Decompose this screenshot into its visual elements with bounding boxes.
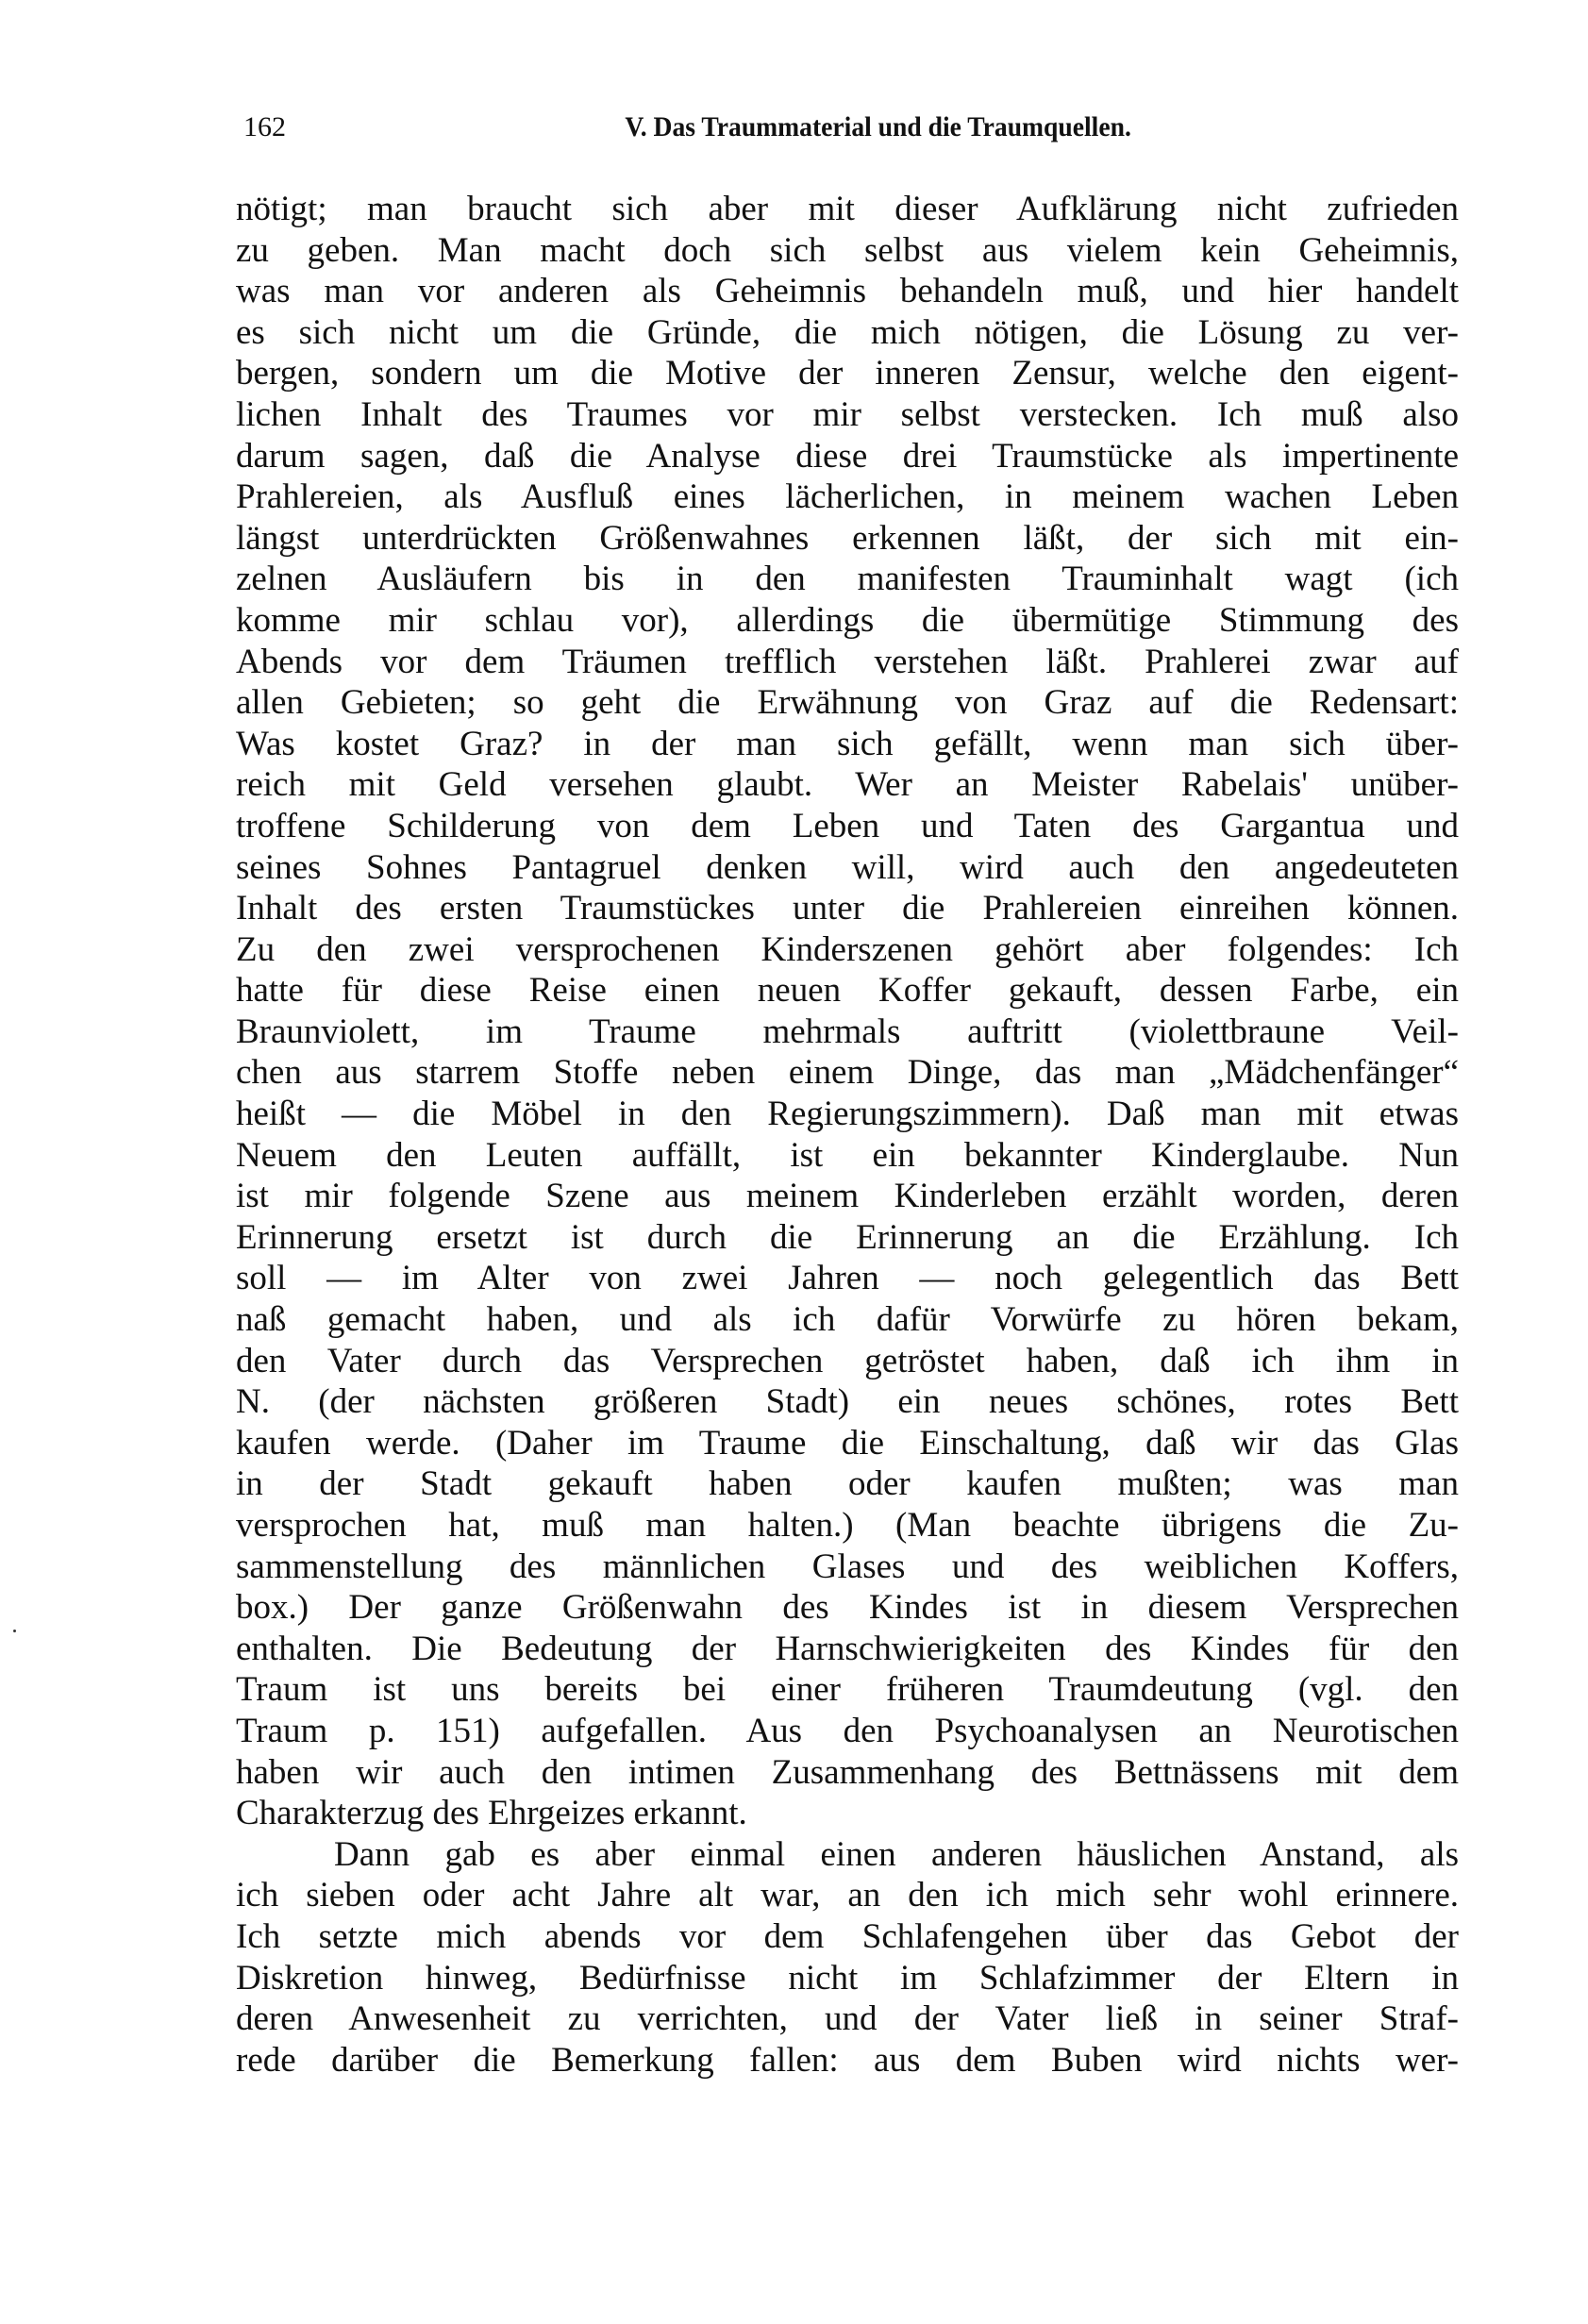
text-line: Prahlereien, als Ausfluß eines lächerlic… bbox=[236, 477, 1459, 518]
text-line: chen aus starrem Stoffe neben einem Ding… bbox=[236, 1052, 1459, 1094]
text-line: Ich setzte mich abends vor dem Schlafeng… bbox=[236, 1916, 1459, 1958]
text-line: kaufen werde. (Daher im Traume die Einsc… bbox=[236, 1423, 1459, 1464]
text-line: seines Sohnes Pantagruel denken will, wi… bbox=[236, 847, 1459, 889]
paragraph-start-line: Dann gab es aber einmal einen anderen hä… bbox=[236, 1834, 1459, 1876]
text-line: deren Anwesenheit zu verrichten, und der… bbox=[236, 1998, 1459, 2040]
text-line: zelnen Ausläufern bis in den manifesten … bbox=[236, 559, 1459, 600]
text-line: den Vater durch das Versprechen getröste… bbox=[236, 1341, 1459, 1382]
text-line: heißt — die Möbel in den Regierungszimme… bbox=[236, 1094, 1459, 1135]
text-line: troffene Schilderung von dem Leben und T… bbox=[236, 806, 1459, 847]
text-line: sammenstellung des männlichen Glases und… bbox=[236, 1547, 1459, 1588]
text-line: ich sieben oder acht Jahre alt war, an d… bbox=[236, 1875, 1459, 1916]
text-line: rede darüber die Bemerkung fallen: aus d… bbox=[236, 2040, 1459, 2082]
text-line: lichen Inhalt des Traumes vor mir selbst… bbox=[236, 394, 1459, 436]
text-line: es sich nicht um die Gründe, die mich nö… bbox=[236, 312, 1459, 354]
text-line: Traum p. 151) aufgefallen. Aus den Psych… bbox=[236, 1711, 1459, 1752]
page-number: 162 bbox=[243, 111, 286, 143]
text-line: darum sagen, daß die Analyse diese drei … bbox=[236, 436, 1459, 477]
text-line: ist mir folgende Szene aus meinem Kinder… bbox=[236, 1176, 1459, 1217]
text-line: längst unterdrückten Größenwahnes erkenn… bbox=[236, 518, 1459, 560]
text-line: reich mit Geld versehen glaubt. Wer an M… bbox=[236, 764, 1459, 806]
scan-speck bbox=[13, 1630, 16, 1632]
text-line: zu geben. Man macht doch sich selbst aus… bbox=[236, 230, 1459, 272]
body-text: nötigt; man braucht sich aber mit dieser… bbox=[236, 189, 1459, 2081]
text-line: Abends vor dem Träumen trefflich versteh… bbox=[236, 642, 1459, 683]
text-line: Inhalt des ersten Traumstückes unter die… bbox=[236, 888, 1459, 929]
text-line: soll — im Alter von zwei Jahren — noch g… bbox=[236, 1258, 1459, 1299]
text-line: Erinnerung ersetzt ist durch die Erinner… bbox=[236, 1217, 1459, 1259]
text-line: Braunviolett, im Traume mehrmals auftrit… bbox=[236, 1012, 1459, 1053]
text-line: was man vor anderen als Geheimnis behand… bbox=[236, 271, 1459, 312]
text-line: Neuem den Leuten auffällt, ist ein bekan… bbox=[236, 1135, 1459, 1177]
text-line: versprochen hat, muß man halten.) (Man b… bbox=[236, 1505, 1459, 1547]
text-line: Was kostet Graz? in der man sich gefällt… bbox=[236, 724, 1459, 765]
text-line: allen Gebieten; so geht die Erwähnung vo… bbox=[236, 682, 1459, 724]
paragraph-end-line: Charakterzug des Ehrgeizes erkannt. bbox=[236, 1793, 1459, 1834]
page-header: 162 V. Das Traummaterial und die Traumqu… bbox=[243, 111, 1461, 149]
text-line: Traum ist uns bereits bei einer früheren… bbox=[236, 1669, 1459, 1711]
text-line: Zu den zwei versprochenen Kinderszenen g… bbox=[236, 929, 1459, 971]
text-line: komme mir schlau vor), allerdings die üb… bbox=[236, 600, 1459, 642]
running-head: V. Das Traummaterial und die Traumquelle… bbox=[293, 111, 1412, 143]
text-line: in der Stadt gekauft haben oder kaufen m… bbox=[236, 1463, 1459, 1505]
text-line: N. (der nächsten größeren Stadt) ein neu… bbox=[236, 1381, 1459, 1423]
text-line: naß gemacht haben, und als ich dafür Vor… bbox=[236, 1299, 1459, 1341]
text-line: nötigt; man braucht sich aber mit dieser… bbox=[236, 189, 1459, 230]
text-line: box.) Der ganze Größenwahn des Kindes is… bbox=[236, 1587, 1459, 1629]
text-line: haben wir auch den intimen Zusammenhang … bbox=[236, 1752, 1459, 1794]
text-line: bergen, sondern um die Motive der innere… bbox=[236, 353, 1459, 394]
text-line: hatte für diese Reise einen neuen Koffer… bbox=[236, 970, 1459, 1012]
text-line: Diskretion hinweg, Bedürfnisse nicht im … bbox=[236, 1958, 1459, 1999]
text-line: enthalten. Die Bedeutung der Harnschwier… bbox=[236, 1629, 1459, 1670]
